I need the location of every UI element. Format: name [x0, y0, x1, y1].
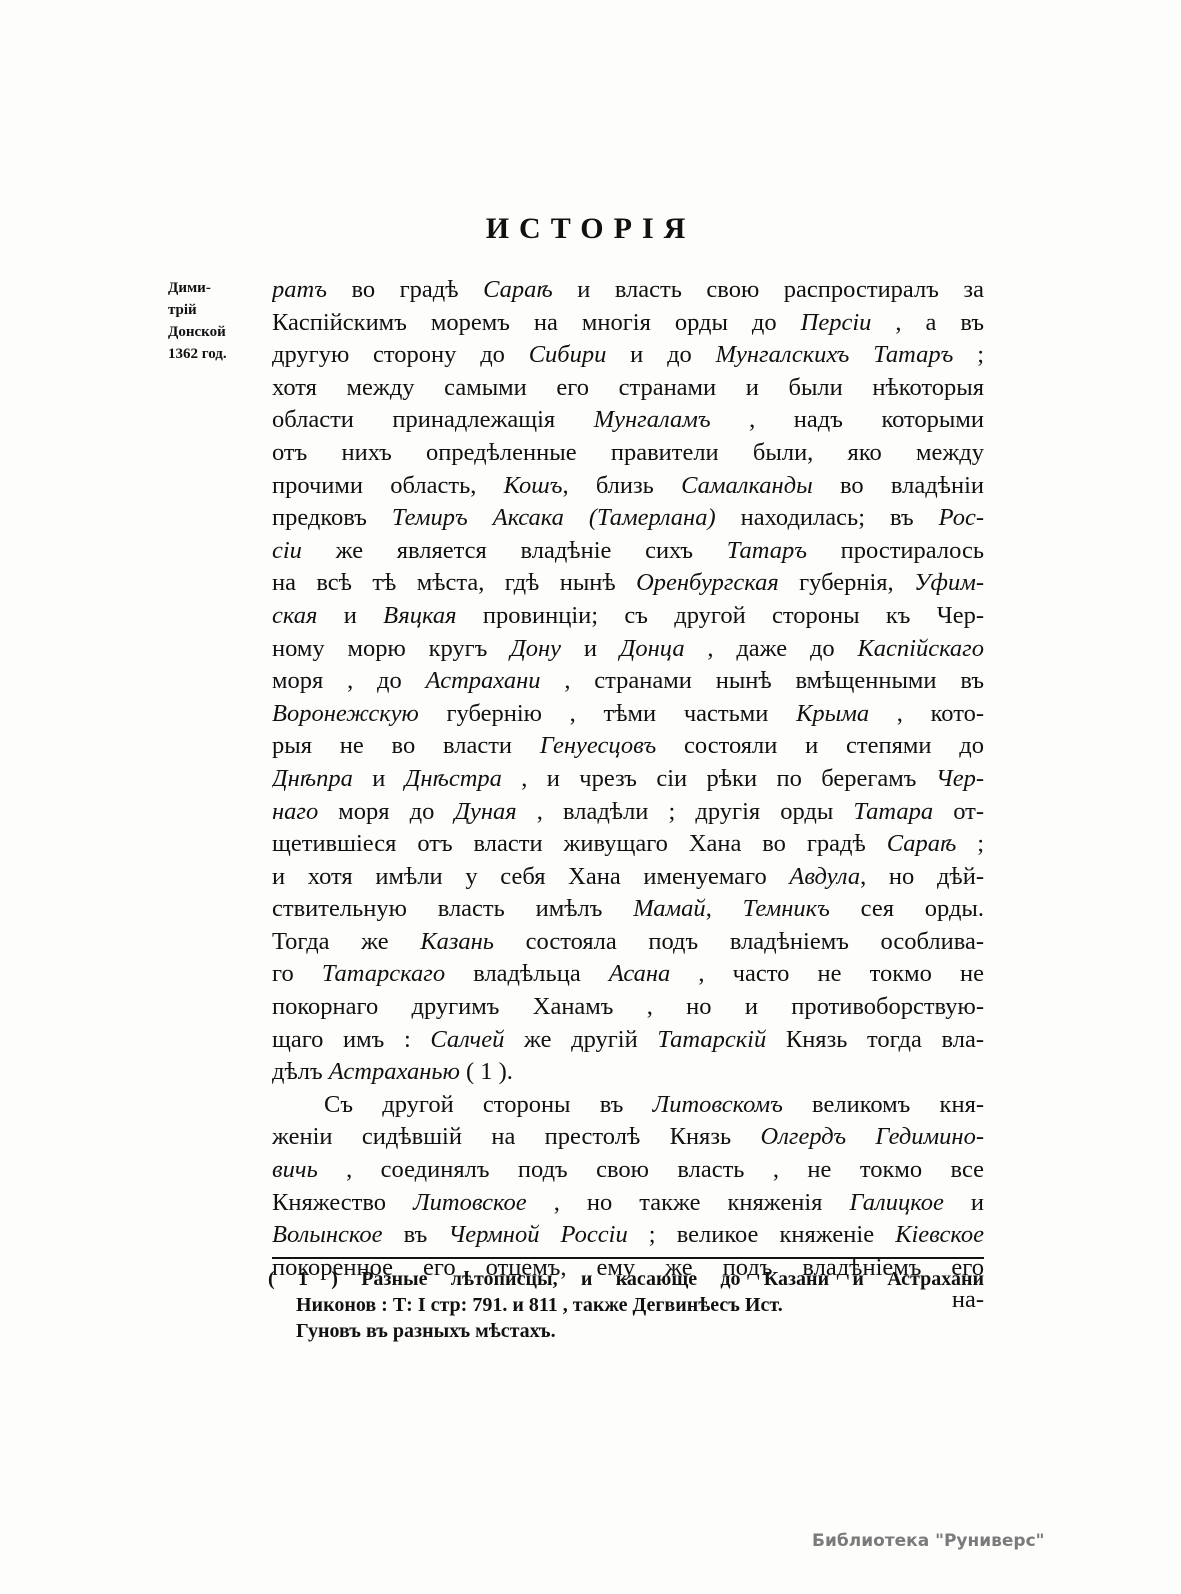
text-run: , кото- — [869, 700, 984, 727]
italic-proper-noun: Татарскій — [657, 1026, 766, 1053]
text-line: области принадлежащія Мунгаламъ , надъ к… — [272, 404, 984, 437]
text-run: хотя между самыми его странами и были нѣ… — [272, 374, 984, 401]
footnote: ( 1 ) Разные лѣтописцы, и касающе до Каз… — [268, 1266, 984, 1344]
text-line: отъ нихъ опредѣленные правители были, як… — [272, 437, 984, 470]
text-line: Воронежскую губернію , тѣми частьми Крым… — [272, 698, 984, 731]
italic-proper-noun: Казань — [420, 928, 494, 955]
italic-proper-noun: Олгердъ Гедимино- — [761, 1123, 984, 1150]
text-run: и власть свою распростиралъ за — [553, 276, 984, 303]
italic-proper-noun: Днѣпра — [272, 765, 353, 792]
italic-proper-noun: Татара — [853, 798, 933, 825]
italic-proper-noun: Волынское — [272, 1221, 383, 1248]
italic-proper-noun: Сараѣ — [483, 276, 553, 303]
library-watermark: Библиотека "Руниверс" — [812, 1531, 1045, 1551]
text-run: покорнаго другимъ Ханамъ , но и противоб… — [272, 993, 984, 1020]
italic-proper-noun: наго — [272, 798, 318, 825]
text-run: провинціи; съ другой стороны къ Чер- — [457, 602, 984, 629]
text-run: го — [272, 960, 322, 987]
text-line: Съ другой стороны въ Литовскомъ великомъ… — [272, 1089, 984, 1122]
italic-proper-noun: Темникъ — [743, 895, 830, 922]
text-line: Тогда же Казань состояла подъ владѣніемъ… — [272, 926, 984, 959]
text-run: , но также княженія — [527, 1189, 850, 1216]
text-line: прочими область, Кошъ, близь Самалканды … — [272, 470, 984, 503]
italic-proper-noun: Крыма — [796, 700, 869, 727]
margin-note: Дими- трій Донской 1362 год. — [168, 277, 268, 365]
italic-proper-noun: Литовскомъ — [653, 1091, 783, 1118]
text-run: владѣльца — [445, 960, 609, 987]
text-run: сея орды. — [830, 895, 984, 922]
text-run: во владѣніи — [813, 472, 984, 499]
text-run: прочими область, — [272, 472, 504, 499]
italic-proper-noun: Днѣстра — [405, 765, 502, 792]
text-line: на всѣ тѣ мѣста, гдѣ нынѣ Оренбургская г… — [272, 567, 984, 600]
italic-proper-noun: Чер- — [936, 765, 984, 792]
text-run: ( 1 ). — [460, 1058, 513, 1085]
text-run: области принадлежащія — [272, 406, 594, 433]
footnote-divider — [272, 1257, 984, 1259]
text-run: и хотя имѣли у себя Хана именуемаго — [272, 863, 789, 890]
italic-proper-noun: Мунгаламъ — [594, 406, 711, 433]
text-line: щаго имъ : Салчей же другій Татарскій Кн… — [272, 1024, 984, 1057]
margin-note-line: 1362 год. — [168, 343, 268, 365]
margin-note-line: Дими- — [168, 277, 268, 299]
text-run: губернію , тѣми частьми — [419, 700, 796, 727]
italic-proper-noun: Темиръ Аксака (Тамерлана) — [392, 504, 716, 531]
text-run: от- — [933, 798, 984, 825]
italic-proper-noun: Генуесцовъ — [540, 732, 656, 759]
text-line: дѣлъ Астраханью ( 1 ). — [272, 1056, 984, 1089]
text-run: женіи сидѣвшій на престолѣ Князь — [272, 1123, 761, 1150]
text-line: рыя не во власти Генуесцовъ состояли и с… — [272, 730, 984, 763]
italic-proper-noun: ская — [272, 602, 317, 629]
text-line: Каспійскимъ моремъ на многія орды до Пер… — [272, 307, 984, 340]
text-run: , даже до — [685, 635, 858, 662]
text-run: , близь — [562, 472, 681, 499]
text-line: моря , до Астрахани , странами нынѣ вмѣщ… — [272, 665, 984, 698]
italic-proper-noun: вичь — [272, 1156, 318, 1183]
italic-proper-noun: Асана — [609, 960, 671, 987]
text-run: Князь тогда вла- — [766, 1026, 984, 1053]
text-run: ; — [956, 830, 984, 857]
italic-proper-noun: Чермной Россіи — [448, 1221, 627, 1248]
italic-proper-noun: сіи — [272, 537, 302, 564]
text-run: рыя не во власти — [272, 732, 540, 759]
text-line: женіи сидѣвшій на престолѣ Князь Олгердъ… — [272, 1121, 984, 1154]
text-run: во градѣ — [327, 276, 483, 303]
text-line: наго моря до Дуная , владѣли ; другія ор… — [272, 796, 984, 829]
running-head: ИСТОРІЯ — [0, 212, 1181, 246]
text-line: ратъ во градѣ Сараѣ и власть свою распро… — [272, 274, 984, 307]
footnote-line: ( 1 ) Разные лѣтописцы, и касающе до Каз… — [268, 1266, 984, 1292]
italic-proper-noun: Рос- — [939, 504, 984, 531]
text-run: на всѣ тѣ мѣста, гдѣ нынѣ — [272, 569, 636, 596]
text-run: , но дѣй- — [860, 863, 984, 890]
text-line: другую сторону до Сибири и до Мунгалских… — [272, 339, 984, 372]
text-run: и — [944, 1189, 984, 1216]
italic-proper-noun: Астраханью — [329, 1058, 460, 1085]
text-run: моря , до — [272, 667, 426, 694]
text-run: , соединялъ подъ свою власть , не токмо … — [318, 1156, 984, 1183]
text-line: щетившіеся отъ власти живущаго Хана во г… — [272, 828, 984, 861]
text-run: , и чрезъ сіи рѣки по берегамъ — [502, 765, 936, 792]
italic-proper-noun: Сараѣ — [887, 830, 957, 857]
italic-proper-noun: Персіи — [801, 309, 872, 336]
italic-proper-noun: Донца — [620, 635, 685, 662]
text-run: находилась; въ — [716, 504, 939, 531]
text-run: состояли и степями до — [656, 732, 984, 759]
text-run: Каспійскимъ моремъ на многія орды до — [272, 309, 801, 336]
text-run: , надъ которыми — [711, 406, 984, 433]
text-run: предковъ — [272, 504, 392, 531]
text-line: го Татарскаго владѣльца Асана , часто не… — [272, 958, 984, 991]
italic-proper-noun: Сибири — [529, 341, 607, 368]
text-run: ному морю кругъ — [272, 635, 510, 662]
footnote-line: Никонов : Т: I стр: 791. и 811 , также Д… — [268, 1292, 984, 1318]
text-line: сіи же является владѣніе сихъ Татаръ про… — [272, 535, 984, 568]
text-run: , владѣли ; другія орды — [517, 798, 854, 825]
text-run: въ — [383, 1221, 449, 1248]
italic-proper-noun: Оренбургская — [636, 569, 779, 596]
italic-proper-noun: Литовское — [413, 1189, 527, 1216]
italic-proper-noun: Самалканды — [681, 472, 813, 499]
text-run: дѣлъ — [272, 1058, 329, 1085]
text-run: губернія, — [779, 569, 914, 596]
text-run: ствительную власть имѣлъ — [272, 895, 633, 922]
italic-proper-noun: Авдула — [789, 863, 860, 890]
italic-proper-noun: Татаръ — [727, 537, 807, 564]
text-line: Волынское въ Чермной Россіи ; великое кн… — [272, 1219, 984, 1252]
text-line: ская и Вяцкая провинціи; съ другой сторо… — [272, 600, 984, 633]
text-run: и — [353, 765, 405, 792]
text-run: щетившіеся отъ власти живущаго Хана во г… — [272, 830, 887, 857]
italic-proper-noun: Кіевское — [895, 1221, 984, 1248]
margin-note-line: Донской — [168, 321, 268, 343]
italic-proper-noun: Воронежскую — [272, 700, 419, 727]
text-line: покорнаго другимъ Ханамъ , но и противоб… — [272, 991, 984, 1024]
footnote-line: Гуновъ въ разныхъ мѣстахъ. — [268, 1318, 984, 1344]
text-line: и хотя имѣли у себя Хана именуемаго Авду… — [272, 861, 984, 894]
text-line: Княжество Литовское , но также княженія … — [272, 1187, 984, 1220]
text-line: Днѣпра и Днѣстра , и чрезъ сіи рѣки по б… — [272, 763, 984, 796]
text-line: ному морю кругъ Дону и Донца , даже до К… — [272, 633, 984, 666]
text-line: предковъ Темиръ Аксака (Тамерлана) наход… — [272, 502, 984, 535]
text-run: другую сторону до — [272, 341, 529, 368]
text-run: и до — [606, 341, 715, 368]
text-run: , а въ — [871, 309, 984, 336]
text-run: и — [317, 602, 383, 629]
text-line: ствительную власть имѣлъ Мамай, Темникъ … — [272, 893, 984, 926]
text-run: и — [561, 635, 620, 662]
text-run: же является владѣніе сихъ — [302, 537, 727, 564]
text-run: щаго имъ : — [272, 1026, 430, 1053]
text-run: , странами нынѣ вмѣщенными въ — [540, 667, 984, 694]
italic-proper-noun: Кошъ — [504, 472, 563, 499]
text-line: хотя между самыми его странами и были нѣ… — [272, 372, 984, 405]
text-run: великомъ кня- — [783, 1091, 984, 1118]
text-run: же другій — [504, 1026, 657, 1053]
text-run: Съ другой стороны въ — [324, 1091, 653, 1118]
text-run: Тогда же — [272, 928, 420, 955]
italic-proper-noun: Вяцкая — [383, 602, 456, 629]
italic-proper-noun: Астрахани — [426, 667, 541, 694]
text-run: простиралось — [807, 537, 984, 564]
main-text-block: ратъ во градѣ Сараѣ и власть свою распро… — [272, 274, 984, 1317]
italic-proper-noun: Дуная — [454, 798, 516, 825]
text-line: вичь , соединялъ подъ свою власть , не т… — [272, 1154, 984, 1187]
italic-proper-noun: Мунгалскихъ Татаръ — [716, 341, 954, 368]
text-run: ; — [953, 341, 984, 368]
italic-proper-noun: Уфим- — [914, 569, 984, 596]
text-run: ; великое княженіе — [628, 1221, 895, 1248]
italic-proper-noun: Татарскаго — [322, 960, 445, 987]
italic-proper-noun: ратъ — [272, 276, 327, 303]
text-run: , часто не токмо не — [670, 960, 984, 987]
text-run: состояла подъ владѣніемъ особлива- — [494, 928, 984, 955]
italic-proper-noun: Галицкое — [849, 1189, 943, 1216]
text-run: , — [706, 895, 743, 922]
text-run: моря до — [318, 798, 454, 825]
italic-proper-noun: Мамай — [633, 895, 705, 922]
text-run: Княжество — [272, 1189, 413, 1216]
italic-proper-noun: Дону — [510, 635, 561, 662]
italic-proper-noun: Каспійскаго — [858, 635, 984, 662]
italic-proper-noun: Салчей — [430, 1026, 504, 1053]
margin-note-line: трій — [168, 299, 268, 321]
text-run: отъ нихъ опредѣленные правители были, як… — [272, 439, 984, 466]
